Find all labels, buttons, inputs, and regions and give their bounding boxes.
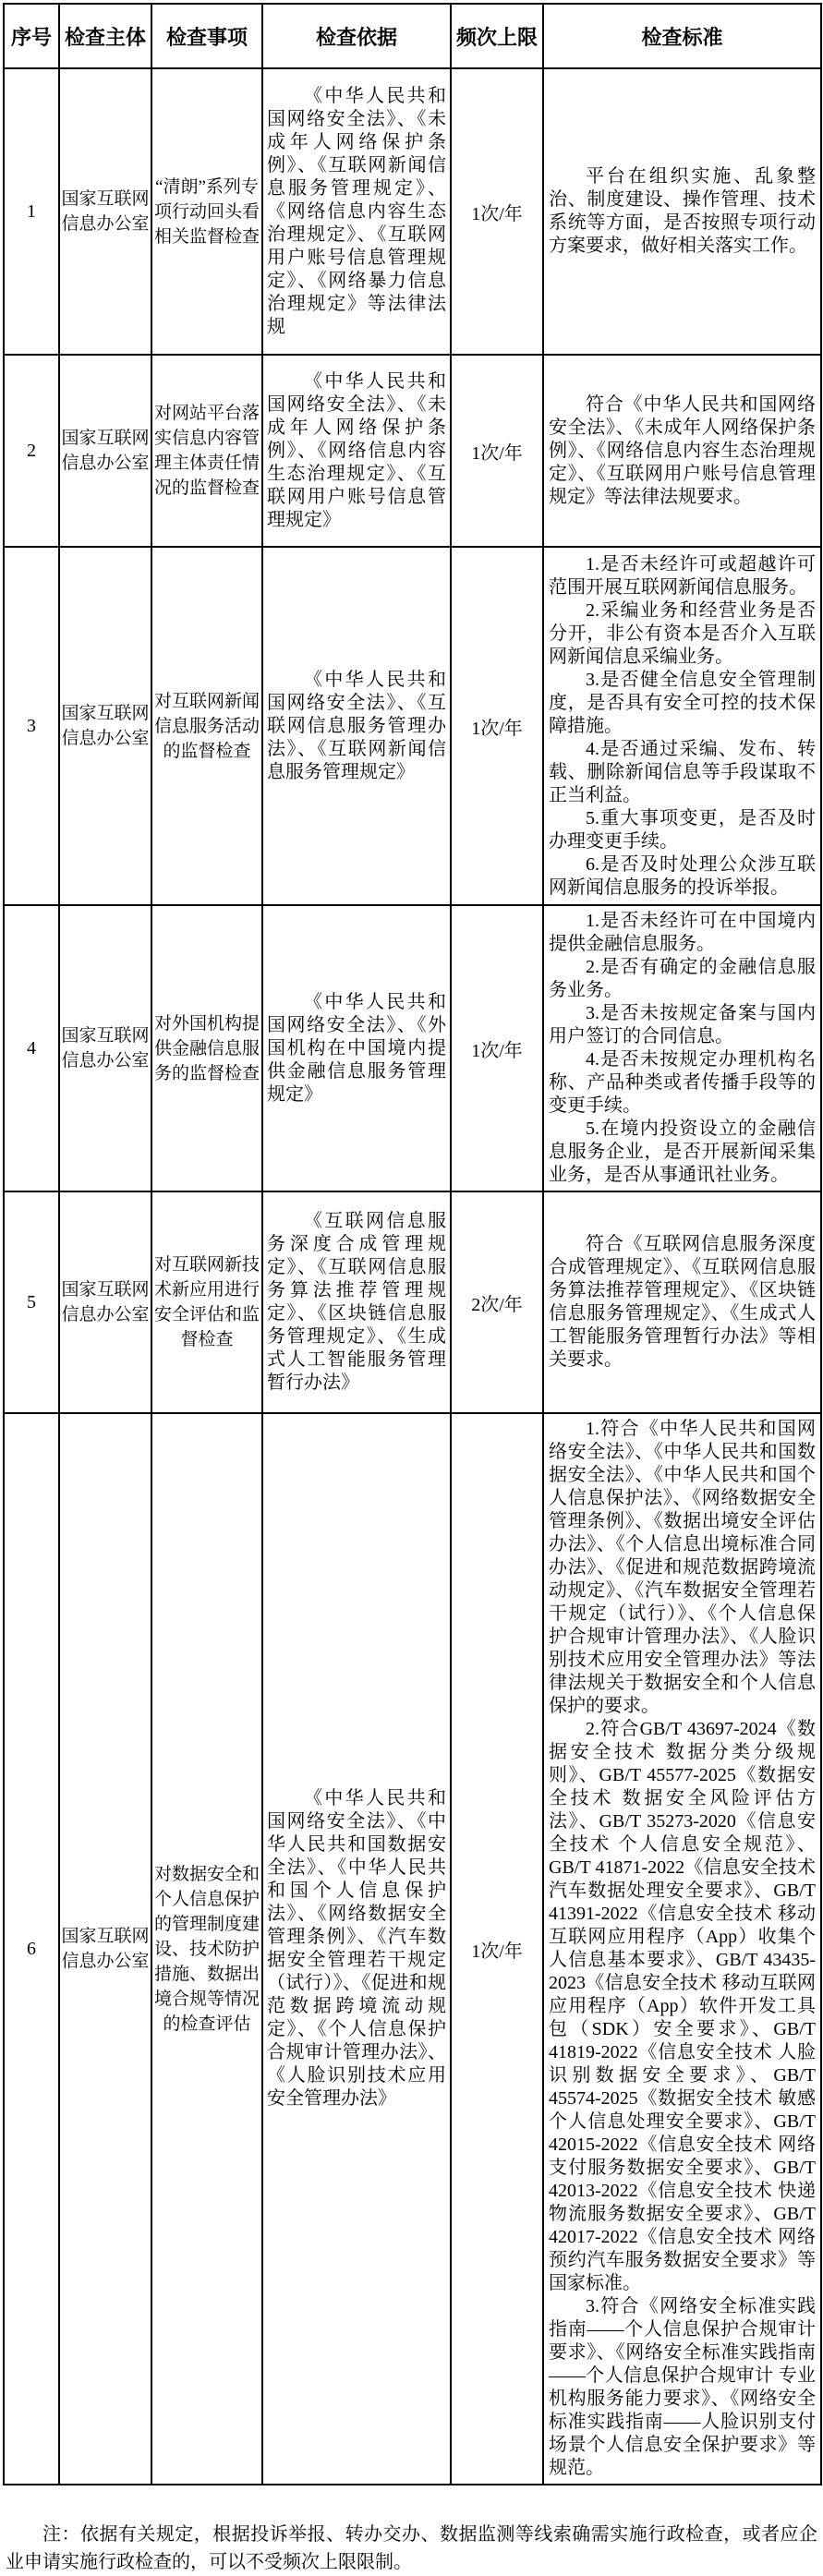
standard-paragraph: 2.符合GB/T 43697-2024《数据安全技术 数据分类分级规则》、GB/…: [549, 1718, 816, 2295]
cell-standards: 1.是否未经许可或超越许可范围开展互联网新闻信息服务。2.采编业务和经营业务是否…: [543, 547, 821, 905]
cell-item: 对互联网新技术新应用进行安全评估和监督检查: [151, 1191, 262, 1413]
cell-frequency: 1次/年: [451, 905, 543, 1191]
standard-paragraph: 3.符合《网络安全标准实践指南——个人信息保护合规审计要求》、《网络安全标准实践…: [549, 2295, 816, 2480]
cell-basis: 《中华人民共和国网络安全法》、《互联网信息服务管理办法》、《互联网新闻信息服务管…: [262, 547, 451, 905]
cell-standards: 符合《中华人民共和国网络安全法》、《未成年人网络保护条例》、《网络信息内容生态治…: [543, 355, 821, 547]
standard-paragraph: 3.是否健全信息安全管理制度，是否具有安全可控的技术保障措施。: [549, 669, 816, 738]
cell-standards: 1.符合《中华人民共和国网络安全法》、《中华人民共和国数据安全法》、《中华人民共…: [543, 1413, 821, 2485]
basis-text: 《中华人民共和国网络安全法》、《未成年人网络保护条例》、《网络信息内容生态治理规…: [267, 370, 446, 532]
cell-frequency: 1次/年: [451, 355, 543, 547]
cell-frequency: 1次/年: [451, 547, 543, 905]
document-page: 序号 检查主体 检查事项 检查依据 频次上限 检查标准 1国家互联网信息办公室“…: [0, 3, 823, 2576]
basis-text: 《互联网信息服务深度合成管理规定》、《互联网信息服务算法推荐管理规定》、《区块链…: [267, 1210, 446, 1395]
cell-subject: 国家互联网信息办公室: [59, 1413, 151, 2485]
header-frequency: 频次上限: [451, 4, 543, 68]
cell-subject: 国家互联网信息办公室: [59, 355, 151, 547]
cell-item: 对数据安全和个人信息保护的管理制度建设、技术防护措施、数据出境合规等情况的检查评…: [151, 1413, 262, 2485]
cell-no: 2: [4, 355, 59, 547]
basis-text: 《中华人民共和国网络安全法》、《未成年人网络保护条例》、《互联网新闻信息服务管理…: [267, 85, 446, 339]
cell-no: 4: [4, 905, 59, 1191]
cell-subject: 国家互联网信息办公室: [59, 68, 151, 355]
cell-subject: 国家互联网信息办公室: [59, 547, 151, 905]
cell-frequency: 1次/年: [451, 1413, 543, 2485]
cell-frequency: 1次/年: [451, 68, 543, 355]
header-no: 序号: [4, 4, 59, 68]
table-row: 4国家互联网信息办公室对外国机构提供金融信息服务的监督检查《中华人民共和国网络安…: [4, 905, 821, 1191]
cell-standards: 平台在组织实施、乱象整治、制度建设、操作管理、技术系统等方面，是否按照专项行动方…: [543, 68, 821, 355]
standard-paragraph: 2.是否有确定的金融信息服务业务。: [549, 956, 816, 1002]
cell-no: 6: [4, 1413, 59, 2485]
footnote: 注：依据有关规定，根据投诉举报、转办交办、数据监测等线索确需实施行政检查，或者应…: [6, 2521, 817, 2576]
standard-paragraph: 1.是否未经许可在中国境内提供金融信息服务。: [549, 910, 816, 956]
cell-basis: 《中华人民共和国网络安全法》、《未成年人网络保护条例》、《互联网新闻信息服务管理…: [262, 68, 451, 355]
cell-basis: 《中华人民共和国网络安全法》、《中华人民共和国数据安全法》、《中华人民共和国个人…: [262, 1413, 451, 2485]
cell-standards: 符合《互联网信息服务深度合成管理规定》、《互联网信息服务算法推荐管理规定》、《区…: [543, 1191, 821, 1413]
cell-item: “清朗”系列专项行动回头看相关监督检查: [151, 68, 262, 355]
header-standards: 检查标准: [543, 4, 821, 68]
standard-paragraph: 平台在组织实施、乱象整治、制度建设、操作管理、技术系统等方面，是否按照专项行动方…: [549, 165, 816, 258]
standard-paragraph: 5.在境内投资设立的金融信息服务企业，是否开展新闻采集业务，是否从事通讯社业务。: [549, 1118, 816, 1187]
header-row: 序号 检查主体 检查事项 检查依据 频次上限 检查标准: [4, 4, 821, 68]
header-item: 检查事项: [151, 4, 262, 68]
table-row: 3国家互联网信息办公室对互联网新闻信息服务活动的监督检查《中华人民共和国网络安全…: [4, 547, 821, 905]
standard-paragraph: 3.是否未按规定备案与国内用户签订的合同信息。: [549, 1002, 816, 1048]
cell-subject: 国家互联网信息办公室: [59, 1191, 151, 1413]
cell-no: 1: [4, 68, 59, 355]
standard-paragraph: 1.是否未经许可或超越许可范围开展互联网新闻信息服务。: [549, 553, 816, 599]
basis-text: 《中华人民共和国网络安全法》、《互联网信息服务管理办法》、《互联网新闻信息服务管…: [267, 669, 446, 784]
standard-paragraph: 1.符合《中华人民共和国网络安全法》、《中华人民共和国数据安全法》、《中华人民共…: [549, 1418, 816, 1718]
basis-text: 《中华人民共和国网络安全法》、《中华人民共和国数据安全法》、《中华人民共和国个人…: [267, 1787, 446, 2110]
cell-item: 对网站平台落实信息内容管理主体责任情况的监督检查: [151, 355, 262, 547]
table-row: 6国家互联网信息办公室对数据安全和个人信息保护的管理制度建设、技术防护措施、数据…: [4, 1413, 821, 2485]
cell-basis: 《中华人民共和国网络安全法》、《外国机构在中国境内提供金融信息服务管理规定》: [262, 905, 451, 1191]
standard-paragraph: 6.是否及时处理公众涉互联网新闻信息服务的投诉举报。: [549, 853, 816, 900]
standard-paragraph: 符合《互联网信息服务深度合成管理规定》、《互联网信息服务算法推荐管理规定》、《区…: [549, 1233, 816, 1372]
standard-paragraph: 符合《中华人民共和国网络安全法》、《未成年人网络保护条例》、《网络信息内容生态治…: [549, 393, 816, 509]
standard-paragraph: 5.重大事项变更，是否及时办理变更手续。: [549, 807, 816, 853]
cell-basis: 《中华人民共和国网络安全法》、《未成年人网络保护条例》、《网络信息内容生态治理规…: [262, 355, 451, 547]
cell-item: 对外国机构提供金融信息服务的监督检查: [151, 905, 262, 1191]
standard-paragraph: 4.是否通过采编、发布、转载、删除新闻信息等手段谋取不正当利益。: [549, 738, 816, 807]
cell-no: 3: [4, 547, 59, 905]
header-subject: 检查主体: [59, 4, 151, 68]
cell-standards: 1.是否未经许可在中国境内提供金融信息服务。2.是否有确定的金融信息服务业务。3…: [543, 905, 821, 1191]
table-row: 2国家互联网信息办公室对网站平台落实信息内容管理主体责任情况的监督检查《中华人民…: [4, 355, 821, 547]
cell-frequency: 2次/年: [451, 1191, 543, 1413]
table-row: 5国家互联网信息办公室对互联网新技术新应用进行安全评估和监督检查《互联网信息服务…: [4, 1191, 821, 1413]
table-row: 1国家互联网信息办公室“清朗”系列专项行动回头看相关监督检查《中华人民共和国网络…: [4, 68, 821, 355]
table-body: 1国家互联网信息办公室“清朗”系列专项行动回头看相关监督检查《中华人民共和国网络…: [4, 68, 821, 2485]
standard-paragraph: 2.采编业务和经营业务是否分开，非公有资本是否介入互联网新闻信息采编业务。: [549, 599, 816, 669]
cell-item: 对互联网新闻信息服务活动的监督检查: [151, 547, 262, 905]
cell-basis: 《互联网信息服务深度合成管理规定》、《互联网信息服务算法推荐管理规定》、《区块链…: [262, 1191, 451, 1413]
inspection-table: 序号 检查主体 检查事项 检查依据 频次上限 检查标准 1国家互联网信息办公室“…: [3, 3, 822, 2485]
basis-text: 《中华人民共和国网络安全法》、《外国机构在中国境内提供金融信息服务管理规定》: [267, 991, 446, 1107]
table-header: 序号 检查主体 检查事项 检查依据 频次上限 检查标准: [4, 4, 821, 68]
header-basis: 检查依据: [262, 4, 451, 68]
cell-subject: 国家互联网信息办公室: [59, 905, 151, 1191]
cell-no: 5: [4, 1191, 59, 1413]
standard-paragraph: 4.是否未按规定办理机构名称、产品种类或者传播手段等的变更手续。: [549, 1048, 816, 1118]
